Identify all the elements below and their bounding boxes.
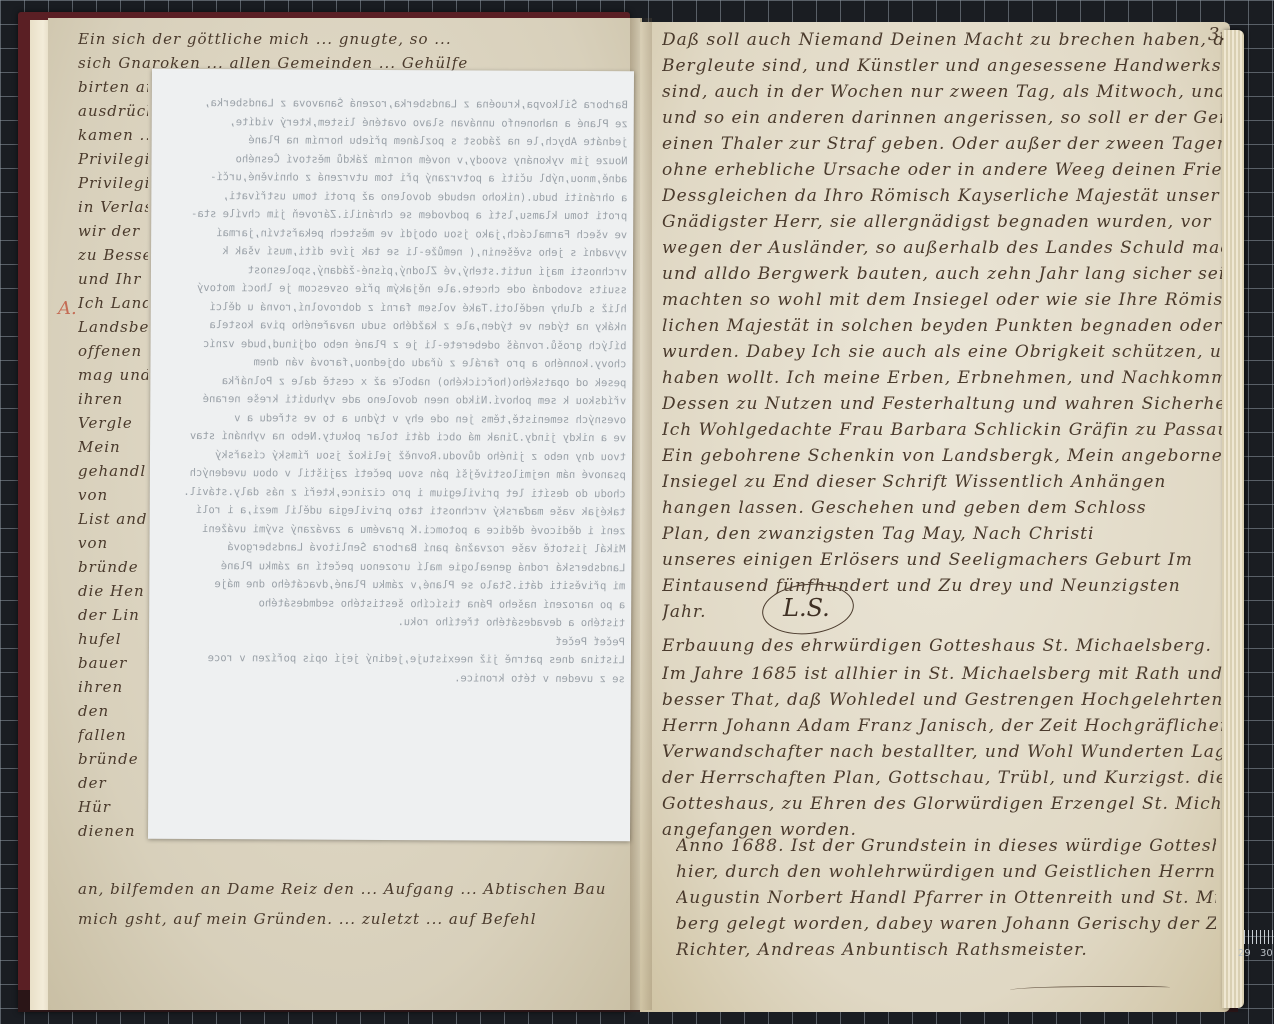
text-line: in Verlas: [78, 198, 148, 216]
text-line: lichen Majestät in solchen beyden Punkte…: [662, 316, 1222, 336]
text-line: Barbora Šilkovpa,kruoéna z Landsberka,ro…: [158, 97, 628, 111]
text-line: der: [78, 774, 107, 792]
typewritten-overlay-sheet[interactable]: Barbora Šilkovpa,kruoéna z Landsberka,ro…: [148, 69, 634, 842]
text-line: ssuits svobodná ode chcete.ale nějakým p…: [157, 282, 627, 296]
text-line: Landsbe: [78, 318, 148, 336]
text-line: chodu do desíti let privilegium i pro ci…: [156, 485, 626, 499]
ruler-label-30: 30: [1260, 948, 1273, 959]
text-line: bründe: [78, 750, 139, 768]
text-line: Landsberská rodná genealogie malí urozen…: [155, 559, 625, 573]
text-line: Dessen zu Nutzen und Festerhaltung und w…: [662, 394, 1222, 414]
text-line: und Ihr: [78, 270, 141, 288]
text-line: hangen lassen. Geschehen und geben dem S…: [662, 498, 1147, 518]
text-line: sind, auch in der Wochen nur zween Tag, …: [662, 82, 1222, 102]
text-line: mi přivěsiti dáti.Stalo se Plané,v zámku…: [155, 578, 625, 592]
text-line: dienen: [78, 822, 135, 840]
text-line: Hür: [78, 798, 111, 816]
text-line: Plan, den zwanzigsten Tag May, Nach Chri…: [662, 524, 1094, 544]
text-line: hufel: [78, 630, 122, 648]
text-line: psanové nám nejmilostivější pán svou peč…: [156, 467, 626, 481]
text-line: besser That, daß Wohledel und Gestrengen…: [662, 690, 1222, 710]
text-line: adně,mnou,nýbl učití a potvrzaný při tom…: [157, 171, 627, 185]
text-line: Ich Land: [78, 294, 148, 312]
text-line: zení i dědicové dědice a potomci.K pravé…: [156, 522, 626, 536]
text-line: tvou dny nebo z jiného důvodu.Rovněž jel…: [156, 448, 626, 462]
text-line: Anno 1688. Ist der Grundstein in dieses …: [676, 836, 1216, 856]
text-line: a po narození našeho Pána tisícího šesti…: [155, 596, 625, 610]
text-line: proti tomu klamsu,lstí a podvodem se chr…: [157, 208, 627, 222]
text-line: den: [78, 702, 109, 720]
text-line: unseres einigen Erlösers und Seeligmache…: [662, 550, 1193, 570]
text-line: a ohrániti budu.(nikoho nebude dovoleno …: [157, 189, 627, 203]
mat-ruler: 29 30: [1244, 930, 1274, 970]
text-line: ihren: [78, 678, 123, 696]
text-line: vrchnosti mají nutit.stehý,vé Zlodný,pís…: [157, 263, 627, 277]
text-line: Privilegien: [78, 174, 148, 192]
text-line: Mikál jistotě vaše rozvažná paní Barbora…: [155, 541, 625, 555]
text-line: Verwandschafter nach bestallter, und Woh…: [662, 742, 1222, 762]
text-line: vyvadní s jeho svěšenin,( nemůže-li se t…: [157, 245, 627, 259]
text-line: Mein: [78, 438, 121, 456]
text-line: von: [78, 534, 108, 552]
text-line: Im Jahre 1685 ist allhier in St. Michael…: [662, 664, 1222, 684]
text-line: Eintausend fünfhundert und Zu drey und N…: [662, 576, 1181, 596]
text-line: Richter, Andreas Anbuntisch Rathsmeister…: [676, 940, 1088, 960]
text-line: und alldo Bergwerk bauten, auch zehn Jah…: [662, 264, 1222, 284]
text-line: offenen: [78, 342, 142, 360]
text-line: ve všech Farmalcách,jako jsou obojdí ve …: [157, 226, 627, 240]
text-line: hier, durch den wohlehrwürdigen und Geis…: [676, 862, 1216, 882]
text-line: bauer: [78, 654, 127, 672]
text-line: Herrn Johann Adam Franz Janisch, der Zei…: [662, 716, 1222, 736]
right-page-stack-edge: [1222, 30, 1244, 1008]
text-line: ovesných semenistě,těms jen ode ehy v tý…: [156, 411, 626, 425]
text-line: Nouze jim vykonány svoody,v novém norním…: [158, 152, 628, 166]
ruler-ticks: [1244, 930, 1274, 944]
text-line: fallen: [78, 726, 127, 744]
text-line: ausdrück an: [78, 102, 148, 120]
text-line: chovy.konného a pro farále z úřadu objed…: [156, 356, 626, 370]
text-line: Daß soll auch Niemand Deinen Macht zu br…: [662, 30, 1222, 50]
text-line: ohne erhebliche Ursache oder in andere W…: [662, 160, 1222, 180]
ruler-label-29: 29: [1238, 948, 1251, 959]
text-line: Insiegel zu End dieser Schrift Wissentli…: [662, 472, 1166, 492]
text-line: List and: [78, 510, 147, 528]
text-line: ihren: [78, 390, 123, 408]
text-line: Dessgleichen da Ihro Römisch Kayserliche…: [662, 186, 1222, 206]
text-line: Ich Wohlgedachte Frau Barbara Schlickin …: [662, 420, 1222, 440]
text-line: machten so wohl mit dem Insiegel oder wi…: [662, 290, 1222, 310]
text-line: mag und: [78, 366, 148, 384]
text-line: bílých grošů.rovnáš odeberete-li je z Pl…: [157, 337, 627, 351]
text-line: jednáte Abych,le na žádost s pozlánem př…: [158, 134, 628, 148]
text-line: haben wollt. Ich meine Erben, Erbnehmen,…: [662, 368, 1222, 388]
text-line: Listina dnes patrně již neexistuje,jedin…: [155, 652, 625, 666]
text-line: an, bilfemden an Dame Reiz den ... Aufga…: [78, 880, 606, 898]
text-line: vřídskou k sem pohoví.Nikdo neen dovolen…: [156, 393, 626, 407]
text-line: berg gelegt worden, dabey waren Johann G…: [676, 914, 1216, 934]
text-line: pesek od opatského(hořcického) naboľe až…: [156, 374, 626, 388]
text-line: von: [78, 486, 108, 504]
text-line: die Hen: [78, 582, 145, 600]
text-line: hliž s dluhy neděloti.Také volsem farní …: [157, 300, 627, 314]
text-line: Gnädigster Herr, sie allergnädigst begna…: [662, 212, 1212, 232]
text-line: und so ein anderen darinnen angerissen, …: [662, 108, 1222, 128]
text-line: Pečeť Pečeť: [155, 633, 625, 647]
text-line: ze Plané a nahonenfo unnávan slavo ovaté…: [158, 115, 628, 129]
text-line: takéjak vaše maďarský vrchnosti tato pri…: [156, 504, 626, 518]
text-line: ve a nikdy jindy.Jinak má obci dáti tola…: [156, 430, 626, 444]
text-line: der Herrschaften Plan, Gottschau, Trübl,…: [662, 768, 1222, 788]
text-line: Ein gebohrene Schenkin von Landsbergk, M…: [662, 446, 1222, 466]
section-heading: Erbauung des ehrwürdigen Gotteshaus St. …: [662, 636, 1212, 656]
text-line: Gotteshaus, zu Ehren des Glorwürdigen Er…: [662, 794, 1222, 814]
seal-locus-sigilli: L.S.: [783, 594, 830, 622]
text-line: Jahr.: [662, 602, 707, 622]
text-line: wegen der Ausländer, so außerhalb des La…: [662, 238, 1222, 258]
text-line: tistého a devadesátého třetího roku.: [155, 615, 625, 629]
red-margin-mark: A.: [58, 298, 77, 319]
text-line: mich gsht, auf mein Gründen. ... zuletzt…: [78, 910, 537, 928]
text-line: Augustin Norbert Handl Pfarrer in Ottenr…: [676, 888, 1216, 908]
text-line: Ein sich der göttliche mich ... gnugte, …: [78, 30, 452, 48]
text-line: se z uveden v této kronice.: [155, 670, 625, 684]
text-line: der Lin: [78, 606, 140, 624]
text-line: Vergle: [78, 414, 133, 432]
text-line: gehandl: [78, 462, 146, 480]
text-line: wurden. Dabey Ich sie auch als eine Obri…: [662, 342, 1222, 362]
closing-flourish: [1010, 986, 1170, 993]
text-line: birten an: [78, 78, 148, 96]
text-line: nkáky na týden ve týden,ale z každého su…: [157, 319, 627, 333]
text-line: Bergleute sind, und Künstler und angeses…: [662, 56, 1222, 76]
text-line: kamen ...: [78, 126, 148, 144]
text-line: Privilegien: [78, 150, 148, 168]
text-line: einen Thaler zur Straf geben. Oder außer…: [662, 134, 1222, 154]
text-line: wir der: [78, 222, 140, 240]
text-line: bründe: [78, 558, 139, 576]
text-line: zu Besse: [78, 246, 148, 264]
